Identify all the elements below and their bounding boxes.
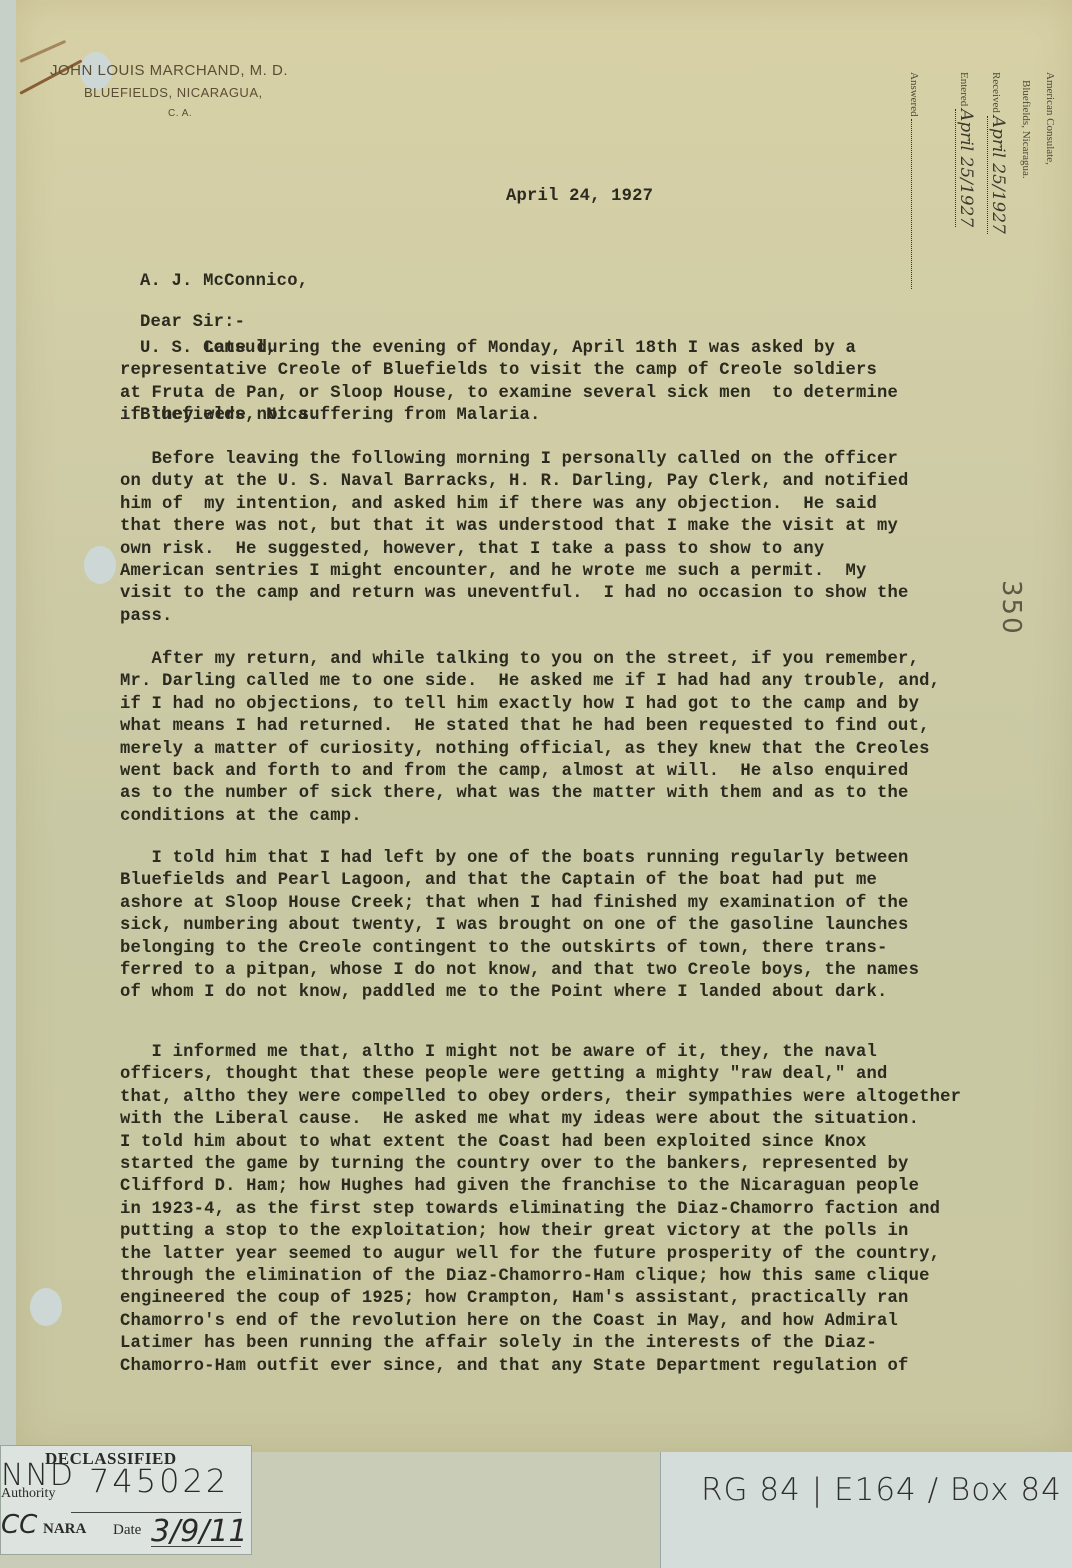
nara-label: NARA <box>43 1521 86 1538</box>
letter-page: JOHN LOUIS MARCHAND, M. D. BLUEFIELDS, N… <box>16 0 1072 1452</box>
paragraph-4: I told him that I had left by one of the… <box>120 848 919 1005</box>
letterhead-city: BLUEFIELDS, NICARAGUA, <box>84 85 288 100</box>
consulate-received-stamp: American Consulate, Bluefields, Nicaragu… <box>896 70 1056 330</box>
declassified-stamp: DECLASSIFIED NND Authority 745022 CC NAR… <box>0 1445 252 1555</box>
letterhead: JOHN LOUIS MARCHAND, M. D. BLUEFIELDS, N… <box>50 62 288 119</box>
letterhead-name: JOHN LOUIS MARCHAND, M. D. <box>50 62 288 79</box>
archive-box-label: RG 84 | E164 / Box 84 <box>660 1452 1072 1568</box>
margin-page-number: 350 <box>996 580 1026 636</box>
recipient-line: A. J. McConnico, <box>140 271 319 293</box>
stamp-answered-label: Answered <box>908 72 920 117</box>
date-label: Date <box>113 1522 141 1539</box>
rust-mark <box>19 40 66 63</box>
salutation: Dear Sir:- <box>140 312 245 334</box>
paragraph-3: After my return, and while talking to yo… <box>120 649 940 828</box>
paragraph-2: Before leaving the following morning I p… <box>120 449 909 628</box>
authority-label: Authority <box>1 1486 55 1502</box>
declassified-date: 3/9/11 <box>151 1514 248 1549</box>
scan-background-strip <box>0 0 16 1452</box>
archive-reference: RG 84 | E164 / Box 84 <box>701 1472 1062 1508</box>
paragraph-1: Late during the evening of Monday, April… <box>120 338 898 428</box>
letter-date: April 24, 1927 <box>506 186 653 208</box>
reviewer-initials: CC <box>1 1510 37 1540</box>
authority-number: 745022 <box>89 1462 229 1500</box>
paragraph-5: I informed me that, altho I might not be… <box>120 1042 961 1378</box>
letterhead-region: C. A. <box>168 108 288 119</box>
punch-hole-middle <box>84 546 116 584</box>
stamp-received-value: April 25/1927 <box>987 116 1008 234</box>
stamp-office: American Consulate, <box>1044 72 1056 165</box>
stamp-received-label: Received <box>990 72 1002 113</box>
stamp-entered-label: Entered <box>958 72 970 106</box>
stamp-entered-value: April 25/1927 <box>955 109 976 227</box>
stamp-location: Bluefields, Nicaragua. <box>1020 80 1032 179</box>
punch-hole-bottom <box>30 1288 62 1326</box>
